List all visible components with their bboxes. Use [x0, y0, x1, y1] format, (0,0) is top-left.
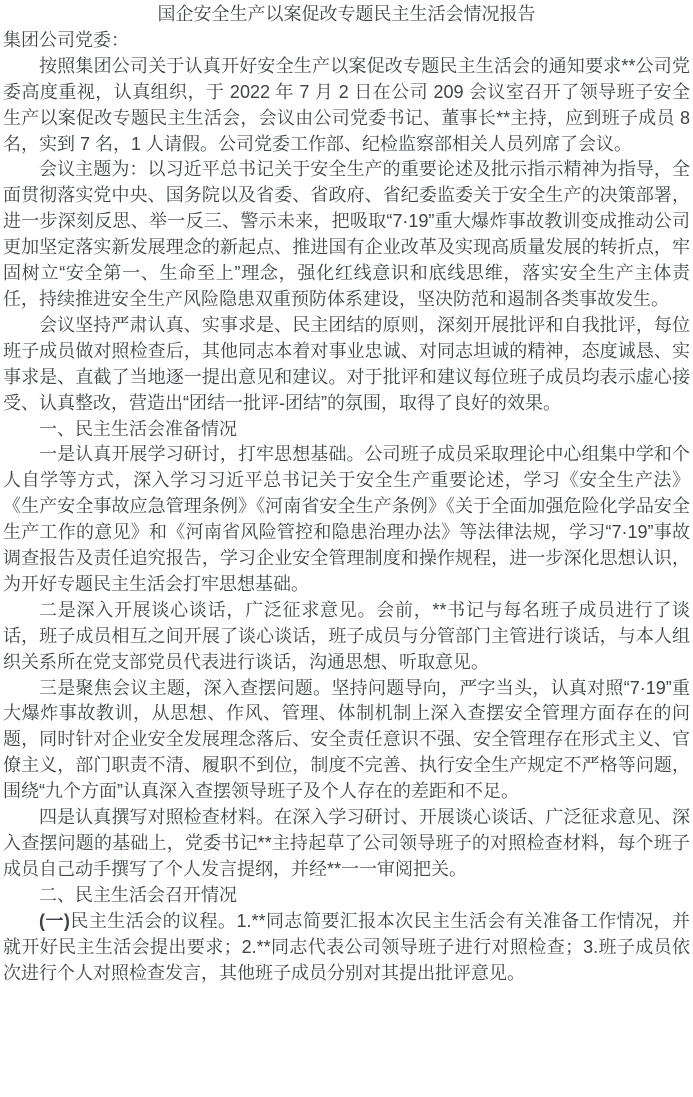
- paragraph: 二是深入开展谈心谈话，广泛征求意见。会前，**书记与每名班子成员进行了谈话，班子…: [3, 598, 690, 676]
- paragraph: 三是聚焦会议主题，深入查摆问题。坚持问题导向，严字当头，认真对照“7·19”重大…: [3, 676, 690, 806]
- salutation: 集团公司党委：: [3, 28, 690, 54]
- paragraph-bold-prefix: (一): [39, 911, 70, 931]
- document-page: 国企安全生产以案促改专题民主生活会情况报告 集团公司党委：按照集团公司关于认真开…: [0, 0, 693, 1097]
- paragraph: 按照集团公司关于认真开好安全生产以案促改专题民主生活会的通知要求**公司党委高度…: [3, 54, 690, 158]
- paragraph: 会议坚持严肃认真、实事求是、民主团结的原则，深刻开展批评和自我批评，每位班子成员…: [3, 313, 690, 417]
- paragraph: 四是认真撰写对照检查材料。在深入学习研讨、开展谈心谈话、广泛征求意见、深入查摆问…: [3, 805, 690, 883]
- paragraph: 会议主题为：以习近平总书记关于安全生产的重要论述及批示指示精神为指导，全面贯彻落…: [3, 157, 690, 312]
- paragraph: 一是认真开展学习研讨，打牢思想基础。公司班子成员采取理论中心组集中学和个人自学等…: [3, 442, 690, 597]
- paragraph: (一)民主生活会的议程。1.**同志简要汇报本次民主生活会有关准备工作情况，并就…: [3, 909, 690, 987]
- document-body: 集团公司党委：按照集团公司关于认真开好安全生产以案促改专题民主生活会的通知要求*…: [3, 28, 690, 987]
- section-heading: 二、民主生活会召开情况: [3, 883, 690, 909]
- section-heading: 一、民主生活会准备情况: [3, 417, 690, 443]
- document-title: 国企安全生产以案促改专题民主生活会情况报告: [3, 2, 690, 28]
